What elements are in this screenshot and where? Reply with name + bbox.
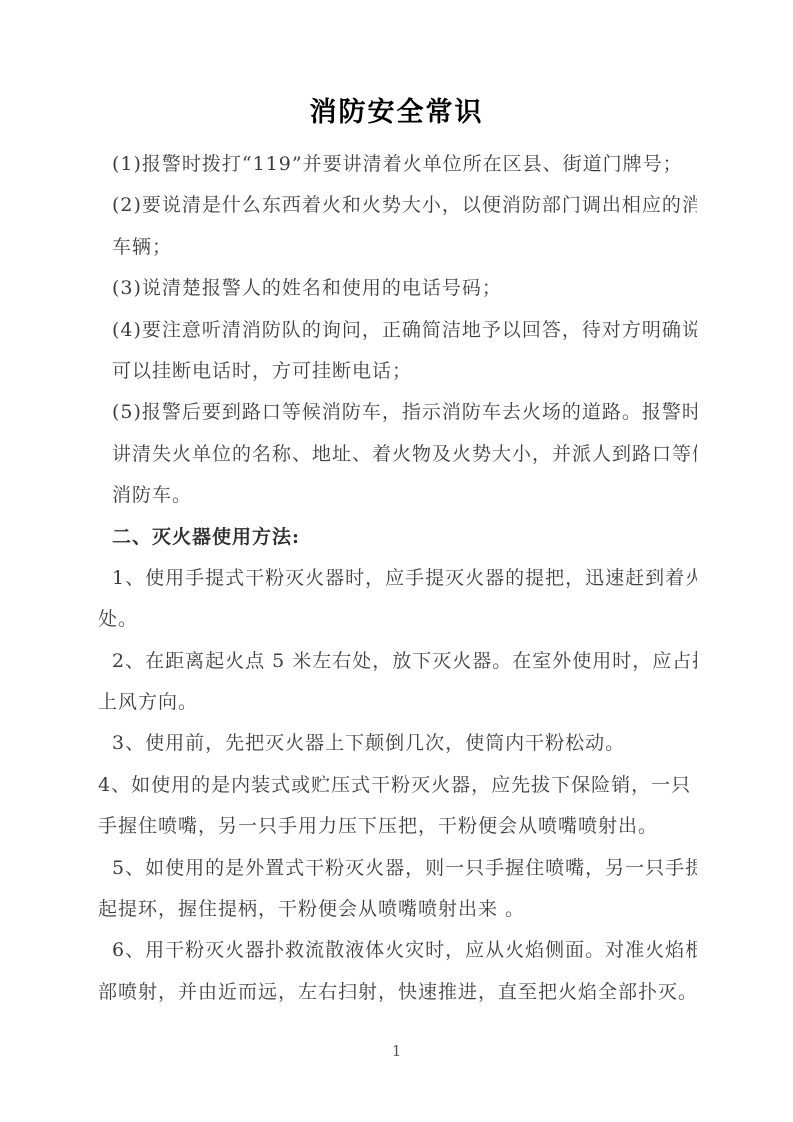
document-page: 消防安全常识 (1)报警时拨打“119”并要讲清着火单位所在区县、街道门牌号； … — [0, 0, 793, 1122]
body-line: 车辆； — [98, 227, 697, 268]
document-body: (1)报警时拨打“119”并要讲清着火单位所在区县、街道门牌号； (2)要说清是… — [0, 144, 793, 1013]
body-line: 消防车。 — [98, 475, 697, 516]
body-line: 部喷射，并由近而远，左右扫射，快速推进，直至把火焰全部扑灭。 — [98, 972, 697, 1013]
body-line: 4、如使用的是内装式或贮压式干粉灭火器，应先拔下保险销，一只 — [98, 765, 697, 806]
body-line: (3)说清楚报警人的姓名和使用的电话号码； — [98, 268, 697, 309]
body-line: (1)报警时拨打“119”并要讲清着火单位所在区县、街道门牌号； — [98, 144, 697, 185]
page-number: 1 — [0, 1042, 793, 1060]
body-line: 可以挂断电话时，方可挂断电话； — [98, 351, 697, 392]
body-line: (4)要注意听清消防队的询问，正确简洁地予以回答，待对方明确说明 — [98, 310, 697, 351]
body-line: 手握住喷嘴，另一只手用力压下压把，干粉便会从喷嘴喷射出。 — [98, 806, 697, 847]
body-line: 起提环，握住提柄，干粉便会从喷嘴喷射出来 。 — [98, 889, 697, 930]
body-line: 上风方向。 — [98, 682, 697, 723]
body-line: 处。 — [98, 599, 697, 640]
body-line: 1、使用手提式干粉灭火器时，应手提灭火器的提把，迅速赶到着火 — [98, 558, 697, 599]
document-title: 消防安全常识 — [0, 0, 793, 130]
body-line: 3、使用前，先把灭火器上下颠倒几次，使筒内干粉松动。 — [98, 723, 697, 764]
body-line: 6、用干粉灭火器扑救流散液体火灾时，应从火焰侧面。对准火焰根 — [98, 930, 697, 971]
body-line: 2、在距离起火点 5 米左右处，放下灭火器。在室外使用时，应占据 — [98, 641, 697, 682]
body-line: 讲清失火单位的名称、地址、着火物及火势大小，并派人到路口等候 — [98, 434, 697, 475]
body-line: (5)报警后要到路口等候消防车，指示消防车去火场的道路。报警时要 — [98, 392, 697, 433]
body-line: (2)要说清是什么东西着火和火势大小，以便消防部门调出相应的消防 — [98, 185, 697, 226]
body-line: 5、如使用的是外置式干粉灭火器，则一只手握住喷嘴，另一只手提 — [98, 848, 697, 889]
section-heading: 二、灭火器使用方法: — [98, 517, 697, 558]
